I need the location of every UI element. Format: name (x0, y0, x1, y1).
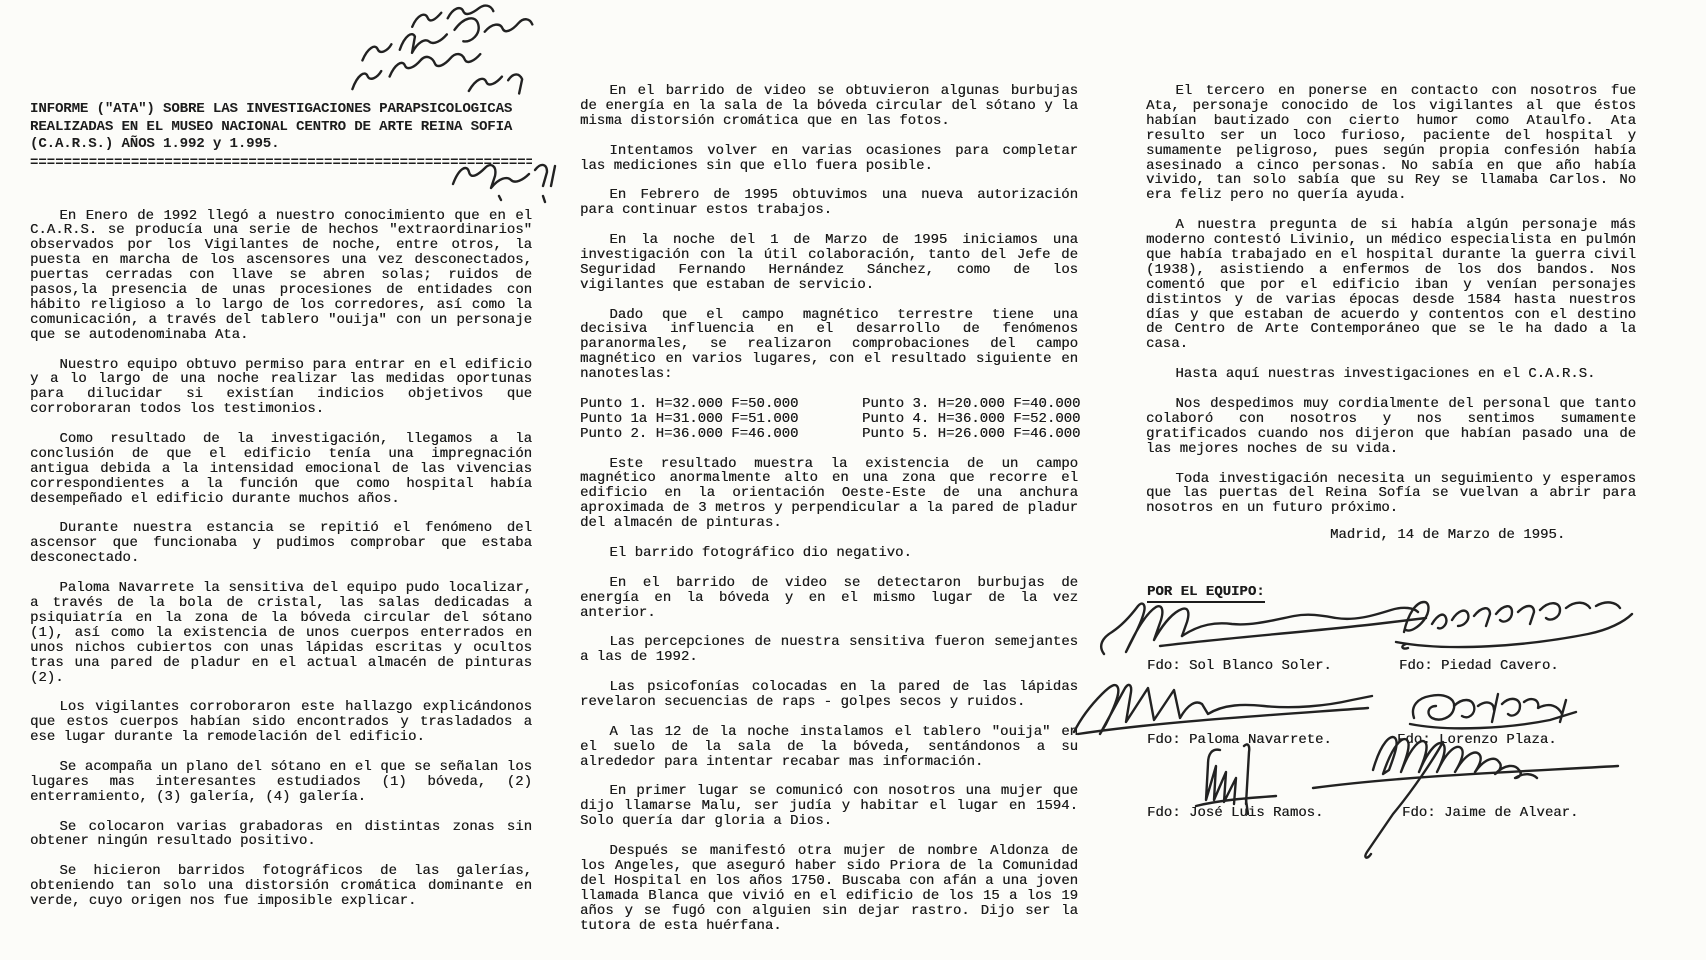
paragraph: Las psicofonías colocadas en la pared de… (580, 680, 1078, 710)
signature-jose-luis-ramos (1186, 738, 1298, 814)
paragraph: El barrido fotográfico dio negativo. (580, 546, 1078, 561)
paragraph: Intentamos volver en varias ocasiones pa… (580, 144, 1078, 174)
paragraph: Nos despedimos muy cordialmente del pers… (1146, 397, 1636, 457)
scanned-report-page: INFORME ("ATA") SOBRE LAS INVESTIGACIONE… (0, 0, 1706, 960)
column-left-paragraphs: En Enero de 1992 llegó a nuestro conocim… (30, 209, 532, 909)
column-left: INFORME ("ATA") SOBRE LAS INVESTIGACIONE… (30, 101, 532, 924)
paragraph: Se acompaña un plano del sótano en el qu… (30, 760, 532, 805)
paragraph: Nuestro equipo obtuvo permiso para entra… (30, 358, 532, 418)
handwritten-annotation-under-title (443, 152, 573, 210)
paragraph: Como resultado de la investigación, lleg… (30, 432, 532, 507)
measurement-right: Punto 5. H=26.000 F=46.000 (862, 427, 1080, 442)
paragraph: Después se manifestó otra mujer de nombr… (580, 844, 1078, 933)
column-middle-paragraphs-bottom: Este resultado muestra la existencia de … (580, 457, 1078, 934)
title-line: INFORME ("ATA") SOBRE LAS INVESTIGACIONE… (30, 101, 532, 119)
title-line: (C.A.R.S.) AÑOS 1.992 y 1.995. (30, 136, 532, 154)
date-line: Madrid, 14 de Marzo de 1995. (1330, 528, 1565, 543)
paragraph: Hasta aquí nuestras investigaciones en e… (1146, 367, 1636, 382)
column-right: El tercero en ponerse en contacto con no… (1146, 84, 1636, 531)
paragraph: Los vigilantes corroboraron este hallazg… (30, 700, 532, 745)
measurement-row: Punto 1a H=31.000 F=51.000Punto 4. H=36.… (580, 412, 1078, 427)
paragraph: En la noche del 1 de Marzo de 1995 inici… (580, 233, 1078, 293)
measurement-right: Punto 3. H=20.000 F=40.000 (862, 397, 1080, 412)
measurement-left: Punto 1a H=31.000 F=51.000 (580, 412, 862, 427)
paragraph: Las percepciones de nuestra sensitiva fu… (580, 635, 1078, 665)
paragraph: Se colocaron varias grabadoras en distin… (30, 820, 532, 850)
signature-paloma-navarrete (1068, 672, 1386, 738)
measurement-left: Punto 1. H=32.000 F=50.000 (580, 397, 862, 412)
column-right-paragraphs: El tercero en ponerse en contacto con no… (1146, 84, 1636, 516)
measurement-left: Punto 2. H=36.000 F=46.000 (580, 427, 862, 442)
paragraph: Dado que el campo magnético terrestre ti… (580, 308, 1078, 383)
paragraph: En Febrero de 1995 obtuvimos una nueva a… (580, 188, 1078, 218)
paragraph: Durante nuestra estancia se repitió el f… (30, 521, 532, 566)
measurement-right: Punto 4. H=36.000 F=52.000 (862, 412, 1080, 427)
paragraph: Se hicieron barridos fotográficos de las… (30, 864, 532, 909)
signature-jaime-de-alvear (1293, 730, 1628, 860)
paragraph: En el barrido de video se detectaron bur… (580, 576, 1078, 621)
paragraph: Toda investigación necesita un seguimien… (1146, 472, 1636, 517)
paragraph: El tercero en ponerse en contacto con no… (1146, 84, 1636, 203)
title-line: REALIZADAS EN EL MUSEO NACIONAL CENTRO D… (30, 119, 532, 137)
paragraph: Paloma Navarrete la sensitiva del equipo… (30, 581, 532, 685)
column-middle: En el barrido de video se obtuvieron alg… (580, 84, 1078, 948)
paragraph: A nuestra pregunta de si había algún per… (1146, 218, 1636, 352)
paragraph: En primer lugar se comunicó con nosotros… (580, 784, 1078, 829)
paragraph: A las 12 de la noche instalamos el table… (580, 725, 1078, 770)
paragraph: En el barrido de video se obtuvieron alg… (580, 84, 1078, 129)
signature-piedad-cavero (1388, 592, 1638, 656)
measurement-row: Punto 1. H=32.000 F=50.000Punto 3. H=20.… (580, 397, 1078, 412)
measurement-row: Punto 2. H=36.000 F=46.000Punto 5. H=26.… (580, 427, 1078, 442)
magnetic-field-readings: Punto 1. H=32.000 F=50.000Punto 3. H=20.… (580, 397, 1078, 442)
paragraph: Este resultado muestra la existencia de … (580, 457, 1078, 532)
paragraph: En Enero de 1992 llegó a nuestro conocim… (30, 209, 532, 343)
column-middle-paragraphs-top: En el barrido de video se obtuvieron alg… (580, 84, 1078, 382)
